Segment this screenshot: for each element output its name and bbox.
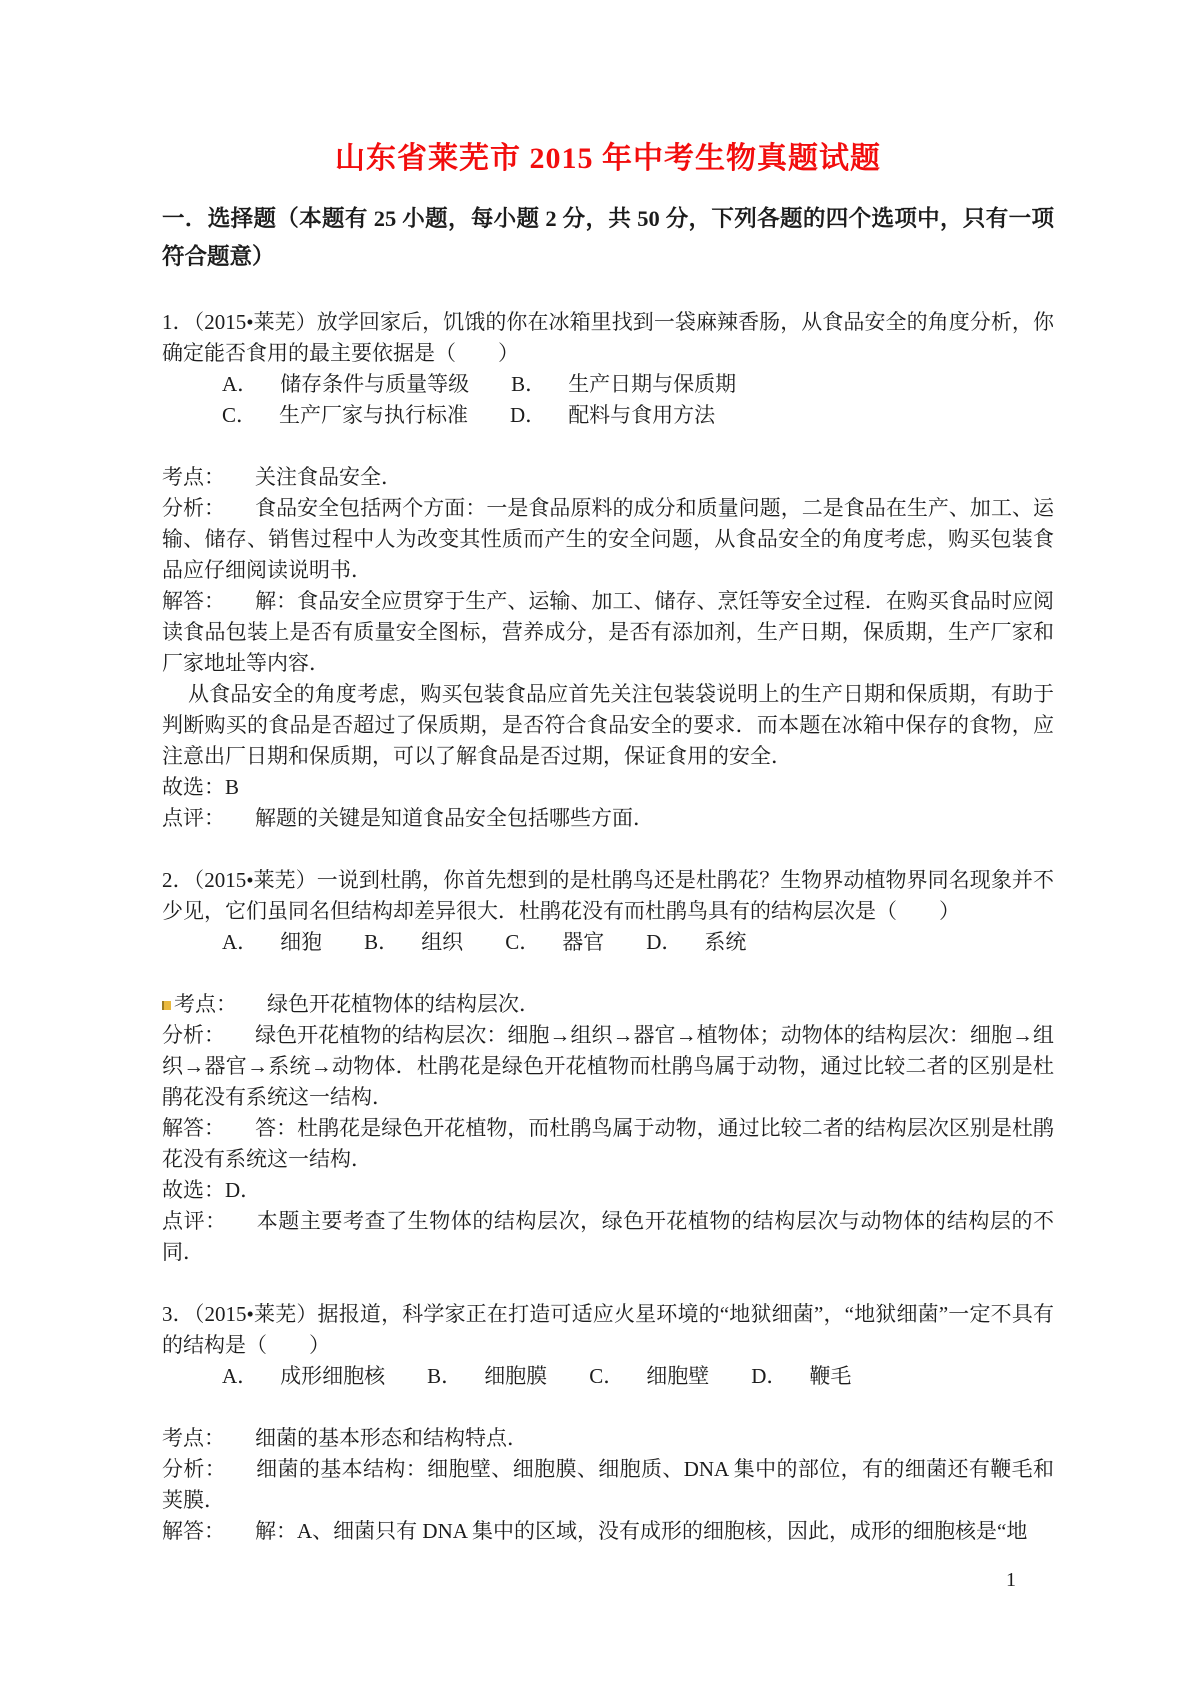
option-letter: A． bbox=[222, 372, 258, 396]
analysis-text: 故选：B bbox=[162, 775, 239, 799]
option-row: A．储存条件与质量等级B．生产日期与保质期 bbox=[162, 369, 1054, 400]
option-letter: C． bbox=[222, 403, 257, 427]
analysis-label: 考点： bbox=[162, 465, 225, 489]
analysis-label: 考点： bbox=[174, 992, 237, 1016]
analysis-label: 点评： bbox=[162, 1209, 227, 1233]
analysis-paragraph: 分析：细菌的基本结构：细胞壁、细胞膜、细胞质、DNA 集中的部位，有的细菌还有鞭… bbox=[162, 1454, 1054, 1516]
option-text: 系统 bbox=[704, 930, 746, 954]
option: B．生产日期与保质期 bbox=[511, 372, 736, 396]
analysis-paragraph: 故选：B bbox=[162, 772, 1054, 803]
option-text: 细胞膜 bbox=[484, 1364, 547, 1388]
analysis-paragraph: 从食品安全的角度考虑，购买包装食品应首先关注包装袋说明上的生产日期和保质期，有助… bbox=[162, 679, 1054, 772]
page-title: 山东省莱芜市 2015 年中考生物真题试题 bbox=[162, 138, 1054, 180]
option-text: 生产厂家与执行标准 bbox=[279, 403, 468, 427]
analysis-paragraph: 点评：本题主要考查了生物体的结构层次，绿色开花植物的结构层次与动物体的结构层的不… bbox=[162, 1206, 1054, 1268]
analysis-paragraph: 分析：绿色开花植物的结构层次：细胞→组织→器官→植物体；动物体的结构层次：细胞→… bbox=[162, 1020, 1054, 1113]
exam-document-page: 山东省莱芜市 2015 年中考生物真题试题 一．选择题（本题有 25 小题，每小… bbox=[0, 0, 1200, 1698]
option: D．鞭毛 bbox=[751, 1364, 851, 1388]
option-text: 组织 bbox=[421, 930, 463, 954]
scan-artifact-marker bbox=[162, 1001, 171, 1010]
analysis-label: 分析： bbox=[162, 1457, 226, 1481]
analysis-label: 解答： bbox=[162, 1519, 225, 1543]
option-letter: D． bbox=[646, 930, 682, 954]
document-content: 山东省莱芜市 2015 年中考生物真题试题 一．选择题（本题有 25 小题，每小… bbox=[162, 138, 1054, 1547]
analysis-label: 点评： bbox=[162, 806, 225, 830]
analysis-text: 细菌的基本结构：细胞壁、细胞膜、细胞质、DNA 集中的部位，有的细菌还有鞭毛和荚… bbox=[162, 1457, 1054, 1512]
analysis-paragraph: 考点：绿色开花植物体的结构层次． bbox=[162, 989, 1054, 1020]
analysis-label: 考点： bbox=[162, 1426, 225, 1450]
option: B．细胞膜 bbox=[427, 1364, 547, 1388]
option-text: 成形细胞核 bbox=[280, 1364, 385, 1388]
analysis-text: 关注食品安全． bbox=[255, 465, 402, 489]
analysis-text: 从食品安全的角度考虑，购买包装食品应首先关注包装袋说明上的生产日期和保质期，有助… bbox=[162, 682, 1054, 768]
question-block: 2．（2015•莱芜）一说到杜鹃，你首先想到的是杜鹃鸟还是杜鹃花？生物界动植物界… bbox=[162, 865, 1054, 1268]
page-number: 1 bbox=[1006, 1568, 1016, 1592]
option-letter: C． bbox=[589, 1364, 624, 1388]
questions: 1．（2015•莱芜）放学回家后，饥饿的你在冰箱里找到一袋麻辣香肠，从食品安全的… bbox=[162, 307, 1054, 1547]
option-text: 细狍 bbox=[280, 930, 322, 954]
option-letter: D． bbox=[510, 403, 546, 427]
analysis-paragraph: 解答：答：杜鹃花是绿色开花植物，而杜鹃鸟属于动物，通过比较二者的结构层次区别是杜… bbox=[162, 1113, 1054, 1175]
analysis-paragraph: 考点：细菌的基本形态和结构特点． bbox=[162, 1423, 1054, 1454]
question-stem: 2．（2015•莱芜）一说到杜鹃，你首先想到的是杜鹃鸟还是杜鹃花？生物界动植物界… bbox=[162, 865, 1054, 927]
option: C．细胞壁 bbox=[589, 1364, 709, 1388]
option-text: 生产日期与保质期 bbox=[568, 372, 736, 396]
analysis-label: 分析： bbox=[162, 496, 225, 520]
analysis-paragraph: 解答：解：A、细菌只有 DNA 集中的区域，没有成形的细胞核，因此，成形的细胞核… bbox=[162, 1516, 1054, 1547]
option-text: 细胞壁 bbox=[646, 1364, 709, 1388]
analysis-paragraph: 解答：解：食品安全应贯穿于生产、运输、加工、储存、烹饪等安全过程．在购买食品时应… bbox=[162, 586, 1054, 679]
section-header: 一．选择题（本题有 25 小题，每小题 2 分，共 50 分，下列各题的四个选项… bbox=[162, 200, 1054, 276]
option-row: A．成形细胞核B．细胞膜C．细胞壁D．鞭毛 bbox=[162, 1361, 1054, 1392]
option: D．系统 bbox=[646, 930, 746, 954]
question-stem: 1．（2015•莱芜）放学回家后，饥饿的你在冰箱里找到一袋麻辣香肠，从食品安全的… bbox=[162, 307, 1054, 369]
analysis-block: 考点：细菌的基本形态和结构特点．分析：细菌的基本结构：细胞壁、细胞膜、细胞质、D… bbox=[162, 1423, 1054, 1547]
analysis-block: 考点：绿色开花植物体的结构层次．分析：绿色开花植物的结构层次：细胞→组织→器官→… bbox=[162, 989, 1054, 1268]
option-letter: B． bbox=[364, 930, 399, 954]
analysis-text: 解：A、细菌只有 DNA 集中的区域，没有成形的细胞核，因此，成形的细胞核是“地 bbox=[255, 1519, 1027, 1543]
option: A．储存条件与质量等级 bbox=[222, 372, 469, 396]
analysis-label: 解答： bbox=[162, 589, 225, 613]
option: D．配料与食用方法 bbox=[510, 403, 715, 427]
analysis-text: 本题主要考查了生物体的结构层次，绿色开花植物的结构层次与动物体的结构层的不同． bbox=[162, 1209, 1054, 1264]
analysis-paragraph: 考点：关注食品安全． bbox=[162, 462, 1054, 493]
option-letter: A． bbox=[222, 1364, 258, 1388]
option-letter: D． bbox=[751, 1364, 787, 1388]
option: B．组织 bbox=[364, 930, 463, 954]
option-row: C．生产厂家与执行标准D．配料与食用方法 bbox=[162, 400, 1054, 431]
analysis-label: 解答： bbox=[162, 1116, 225, 1140]
analysis-text: 答：杜鹃花是绿色开花植物，而杜鹃鸟属于动物，通过比较二者的结构层次区别是杜鹃花没… bbox=[162, 1116, 1054, 1171]
option: C．生产厂家与执行标准 bbox=[222, 403, 468, 427]
option-letter: A． bbox=[222, 930, 258, 954]
option-text: 配料与食用方法 bbox=[568, 403, 715, 427]
analysis-block: 考点：关注食品安全．分析：食品安全包括两个方面：一是食品原料的成分和质量问题，二… bbox=[162, 462, 1054, 834]
option-text: 器官 bbox=[562, 930, 604, 954]
option-row: A．细狍B．组织C．器官D．系统 bbox=[162, 927, 1054, 958]
analysis-text: 绿色开花植物的结构层次：细胞→组织→器官→植物体；动物体的结构层次：细胞→组织→… bbox=[162, 1023, 1054, 1109]
question-stem: 3．（2015•莱芜）据报道，科学家正在打造可适应火星环境的“地狱细菌”，“地狱… bbox=[162, 1299, 1054, 1361]
option: C．器官 bbox=[505, 930, 604, 954]
analysis-text: 细菌的基本形态和结构特点． bbox=[255, 1426, 528, 1450]
option: A．成形细胞核 bbox=[222, 1364, 385, 1388]
analysis-text: 解题的关键是知道食品安全包括哪些方面． bbox=[255, 806, 654, 830]
option-text: 鞭毛 bbox=[809, 1364, 851, 1388]
analysis-text: 故选：D． bbox=[162, 1178, 261, 1202]
analysis-paragraph: 故选：D． bbox=[162, 1175, 1054, 1206]
analysis-paragraph: 分析：食品安全包括两个方面：一是食品原料的成分和质量问题，二是食品在生产、加工、… bbox=[162, 493, 1054, 586]
question-block: 1．（2015•莱芜）放学回家后，饥饿的你在冰箱里找到一袋麻辣香肠，从食品安全的… bbox=[162, 307, 1054, 834]
option-letter: B． bbox=[427, 1364, 462, 1388]
option-text: 储存条件与质量等级 bbox=[280, 372, 469, 396]
analysis-text: 食品安全包括两个方面：一是食品原料的成分和质量问题，二是食品在生产、加工、运输、… bbox=[162, 496, 1054, 582]
analysis-label: 分析： bbox=[162, 1023, 225, 1047]
option: A．细狍 bbox=[222, 930, 322, 954]
analysis-paragraph: 点评：解题的关键是知道食品安全包括哪些方面． bbox=[162, 803, 1054, 834]
question-block: 3．（2015•莱芜）据报道，科学家正在打造可适应火星环境的“地狱细菌”，“地狱… bbox=[162, 1299, 1054, 1547]
analysis-text: 绿色开花植物体的结构层次． bbox=[267, 992, 540, 1016]
option-letter: B． bbox=[511, 372, 546, 396]
analysis-text: 解：食品安全应贯穿于生产、运输、加工、储存、烹饪等安全过程．在购买食品时应阅读食… bbox=[162, 589, 1054, 675]
option-letter: C． bbox=[505, 930, 540, 954]
